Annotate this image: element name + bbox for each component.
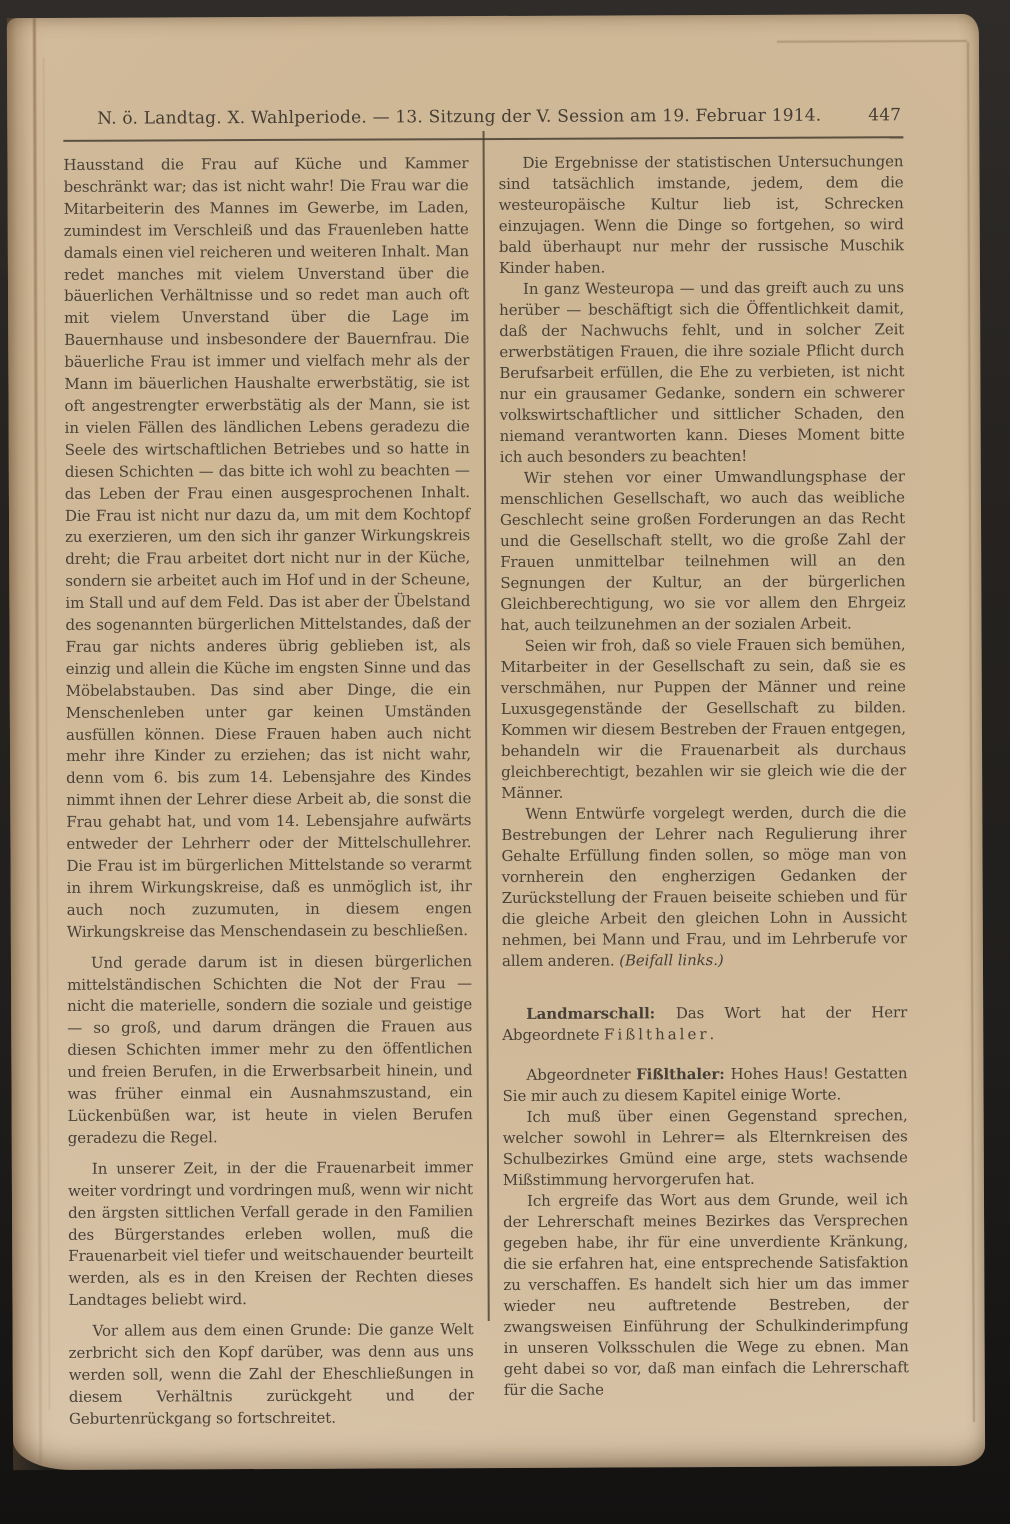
text-segment: Die Ergebnisse der statistischen Untersu… [499, 152, 904, 277]
left-column: Hausstand die Frau auf Küche und Kammer … [63, 153, 474, 1430]
paragraph: Und gerade darum ist in diesen bürgerlic… [67, 951, 473, 1150]
text-segment: Ich ergreife das Wort aus dem Grunde, we… [503, 1190, 909, 1399]
paragraph: Wir stehen vor einer Umwandlungsphase de… [500, 466, 906, 636]
text-segment: Fißlthaler [604, 1025, 710, 1043]
text-segment: Landmarschall: [526, 1004, 676, 1023]
paragraph: In unserer Zeit, in der die Frauenarbeit… [68, 1157, 474, 1312]
text-segment: Und gerade darum ist in diesen bürgerlic… [67, 952, 473, 1147]
text-segment: Ich muß über einen Gegenstand sprechen, … [503, 1106, 908, 1189]
text-segment: Hausstand die Frau auf Küche und Kammer … [63, 154, 471, 940]
text-area: N. ö. Landtag. X. Wahlperiode. — 13. Sit… [63, 102, 909, 1430]
paragraph: In ganz Westeuropa — und das greift auch… [499, 277, 905, 468]
gutter-crease-line [33, 18, 42, 1464]
paragraph: Ich ergreife das Wort aus dem Grunde, we… [503, 1189, 909, 1401]
text-segment: (Beifall links.) [619, 951, 724, 969]
text-segment: . [709, 1025, 714, 1043]
book-page: N. ö. Landtag. X. Wahlperiode. — 13. Sit… [7, 14, 985, 1470]
text-columns: Hausstand die Frau auf Küche und Kammer … [63, 138, 909, 1430]
text-segment: Wir stehen vor einer Umwandlungsphase de… [500, 467, 906, 634]
paragraph: Die Ergebnisse der statistischen Untersu… [498, 151, 904, 279]
paragraph: Abgeordneter Fißlthaler: Hohes Haus! Ges… [502, 1063, 907, 1107]
text-segment: Abgeordneter [526, 1065, 636, 1083]
text-segment: Fißlthaler: [636, 1065, 731, 1083]
gutter-crease-line-2 [43, 58, 50, 1410]
page-stack-edge-top [777, 40, 967, 43]
paragraph: Hausstand die Frau auf Küche und Kammer … [63, 153, 471, 943]
page-number: 447 [868, 102, 901, 128]
paragraph: Landmarschall: Das Wort hat der Herr Abg… [502, 1002, 907, 1046]
running-title: N. ö. Landtag. X. Wahlperiode. — 13. Sit… [97, 103, 821, 132]
text-segment: Wenn Entwürfe vorgelegt werden, durch di… [501, 803, 907, 970]
paragraph: Ich muß über einen Gegenstand sprechen, … [503, 1105, 908, 1191]
column-divider-rule [483, 131, 490, 1321]
text-segment: In unserer Zeit, in der die Frauenarbeit… [68, 1158, 473, 1309]
paragraph: Seien wir froh, daß so viele Frauen sich… [501, 634, 907, 804]
text-segment: Vor allem aus dem einen Grunde: Die ganz… [69, 1320, 474, 1427]
right-column: Die Ergebnisse der statistischen Untersu… [498, 151, 909, 1428]
scan-background: N. ö. Landtag. X. Wahlperiode. — 13. Sit… [0, 0, 1010, 1524]
text-segment: In ganz Westeuropa — und das greift auch… [499, 278, 905, 466]
text-segment: Seien wir froh, daß so viele Frauen sich… [501, 635, 907, 802]
paragraph: Vor allem aus dem einen Grunde: Die ganz… [69, 1319, 474, 1430]
paragraph: Wenn Entwürfe vorgelegt werden, durch di… [501, 802, 907, 972]
page-header: N. ö. Landtag. X. Wahlperiode. — 13. Sit… [63, 102, 903, 134]
page-stack-edge-right [967, 42, 975, 1422]
